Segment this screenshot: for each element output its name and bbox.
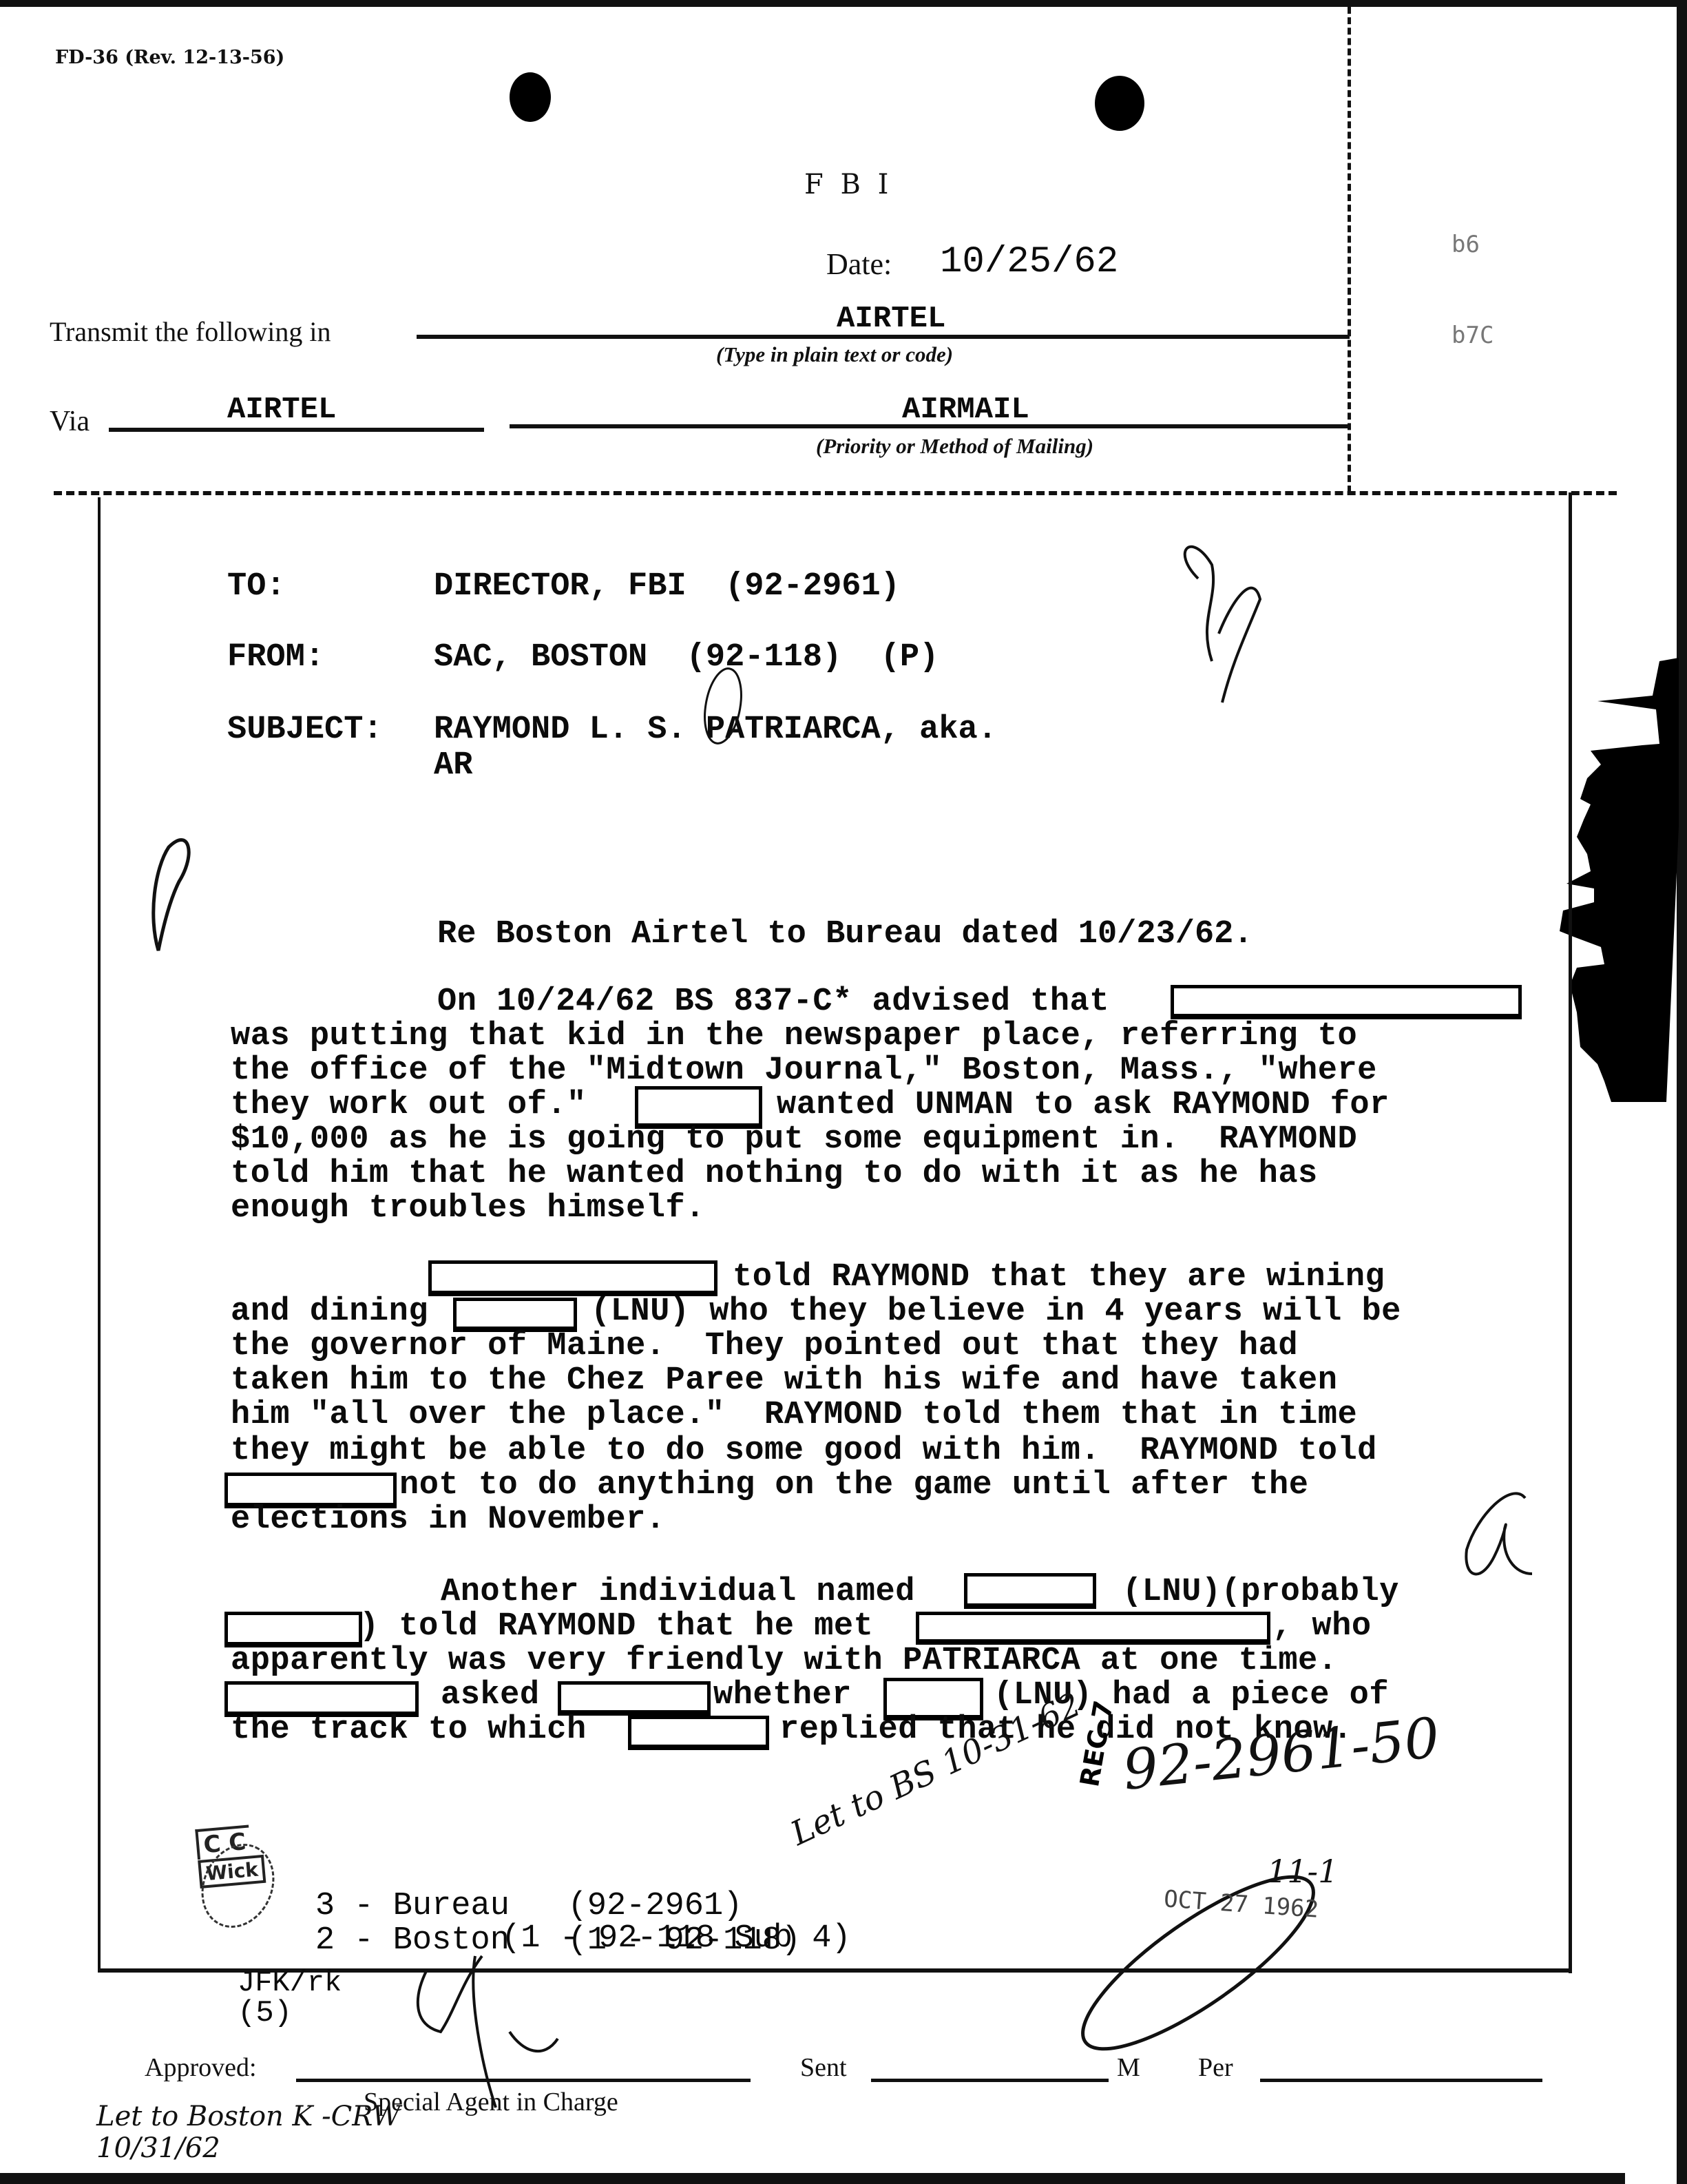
sent-line	[871, 2079, 1109, 2082]
sent-suffix: M	[1117, 2052, 1140, 2083]
footer-handwriting: Let to Boston K -CRW 10/31/62	[96, 2101, 482, 2164]
fbi-airtel-document: FD-36 (Rev. 12-13-56) F B I Date: 10/25/…	[0, 0, 1687, 2184]
sent-label: Sent	[800, 2052, 847, 2083]
handwriting-layer	[0, 0, 1687, 2184]
approved-line	[296, 2079, 751, 2082]
per-label: Per	[1198, 2052, 1233, 2083]
approved-label: Approved:	[145, 2052, 257, 2083]
stamp-number: 11-1	[1267, 1853, 1338, 1890]
per-line	[1260, 2079, 1542, 2082]
